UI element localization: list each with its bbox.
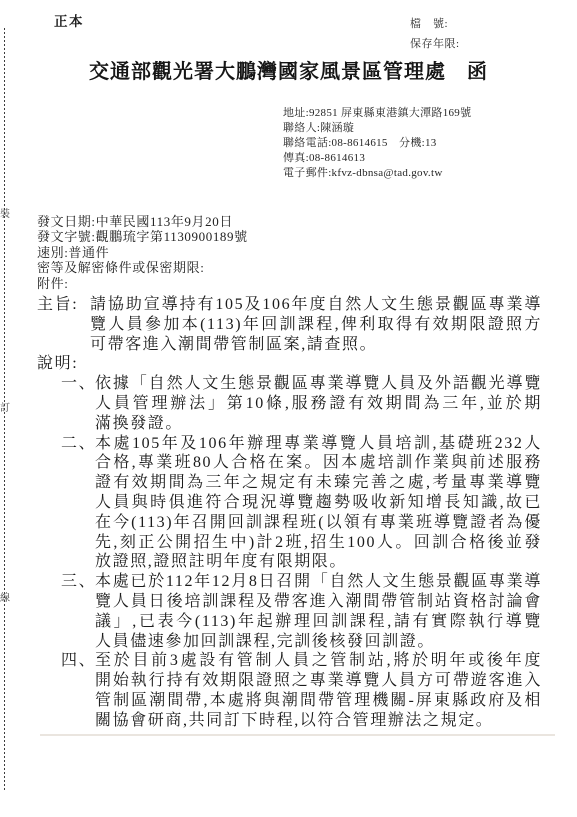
meta-line: 速別:普通件 bbox=[37, 245, 248, 260]
description-item: 一、依據「自然人文生態景觀區專業導覽人員及外語觀光導覽人員管理辦法」第10條,服… bbox=[37, 374, 542, 433]
text-line: 證有效期間為三年之規定有未臻完善之處,考量專業導覽 bbox=[95, 473, 542, 493]
text-line: 管制區潮間帶,本處將與潮間帶管理機關-屏東縣政府及相 bbox=[95, 691, 542, 711]
text-line: 依據「自然人文生態景觀區專業導覽人員及外語觀光導覽 bbox=[95, 374, 542, 394]
subject-line: 可帶客進入潮間帶管制區案,請查照。 bbox=[90, 335, 542, 355]
document-title: 交通部觀光署大鵬灣國家風景區管理處 函 bbox=[0, 55, 577, 84]
contact-line: 傳真:08-8614613 bbox=[283, 151, 471, 166]
meta-line: 密等及解密條件或保密期限: bbox=[37, 260, 248, 275]
text-line: 人員管理辦法」第10條,服務證有效期間為三年,並於期 bbox=[95, 394, 542, 414]
subject-label: 主旨: bbox=[37, 295, 78, 315]
subject-line: 請協助宣導持有105及106年度自然人文生態景觀區專業導 bbox=[90, 295, 542, 315]
text-line: 本處105年及106年辦理專業導覽人員培訓,基礎班232人 bbox=[95, 434, 542, 454]
text-line: 議」,已表今(113)年起辦理回訓課程,請有實際執行導覽 bbox=[95, 612, 542, 632]
description-item: 二、本處105年及106年辦理專業導覽人員培訓,基礎班232人合格,專業班80人… bbox=[37, 434, 542, 573]
text-line: 放證照,證照註明年度有限期限。 bbox=[95, 552, 542, 572]
item-lines: 依據「自然人文生態景觀區專業導覽人員及外語觀光導覽人員管理辦法」第10條,服務證… bbox=[95, 374, 542, 433]
subject-paragraph: 主旨: 請協助宣導持有105及106年度自然人文生態景觀區專業導覽人員參加本(1… bbox=[37, 295, 542, 354]
binding-mark-zhuang: 裝 bbox=[0, 209, 10, 221]
contact-line: 地址:92851 屏東縣東港鎮大潭路169號 bbox=[283, 106, 471, 121]
description-items: 一、依據「自然人文生態景觀區專業導覽人員及外語觀光導覽人員管理辦法」第10條,服… bbox=[37, 374, 542, 730]
subject-lines: 請協助宣導持有105及106年度自然人文生態景觀區專業導覽人員參加本(113)年… bbox=[90, 295, 542, 354]
contact-line: 聯絡電話:08-8614615 分機:13 bbox=[283, 136, 471, 151]
text-line: 人員與時俱進符合現況導覽趨勢吸收新知增長知識,故已 bbox=[95, 493, 542, 513]
text-line: 本處已於112年12月8日召開「自然人文生態景觀區專業導 bbox=[95, 572, 542, 592]
text-line: 滿換發證。 bbox=[95, 414, 542, 434]
binding-mark-xian: 線 bbox=[0, 593, 10, 605]
meta-line: 發文日期:中華民國113年9月20日 bbox=[37, 214, 248, 229]
dispatch-meta-block: 發文日期:中華民國113年9月20日發文字號:觀鵬琉字第1130900189號速… bbox=[37, 214, 248, 291]
contact-line: 聯絡人:陳涵璇 bbox=[283, 121, 471, 136]
scan-artifact-line bbox=[40, 734, 555, 736]
text-line: 人員儘速參加回訓課程,完訓後核發回訓證。 bbox=[95, 632, 542, 652]
text-line: 在今(113)年召開回訓課程班(以領有專業班導覽證者為優 bbox=[95, 513, 542, 533]
description-label: 說明: bbox=[37, 354, 542, 374]
item-number: 四、 bbox=[61, 651, 96, 671]
text-line: 先,刻正公開招生中)計2班,招生100人。回訓合格後並發 bbox=[95, 533, 542, 553]
text-line: 關協會研商,共同訂下時程,以符合管理辦法之規定。 bbox=[95, 711, 542, 731]
item-number: 三、 bbox=[61, 572, 96, 592]
retention-period-label: 保存年限: bbox=[410, 35, 460, 51]
contact-line: 電子郵件:kfvz-dbnsa@tad.gov.tw bbox=[283, 166, 471, 181]
file-number-label: 檔 號: bbox=[410, 15, 448, 31]
meta-line: 附件: bbox=[37, 276, 248, 291]
item-lines: 本處已於112年12月8日召開「自然人文生態景觀區專業導覽人員日後培訓課程及帶客… bbox=[95, 572, 542, 651]
text-line: 合格,專業班80人合格在案。因本處培訓作業與前述服務 bbox=[95, 453, 542, 473]
item-lines: 本處105年及106年辦理專業導覽人員培訓,基礎班232人合格,專業班80人合格… bbox=[95, 434, 542, 573]
description-item: 三、本處已於112年12月8日召開「自然人文生態景觀區專業導覽人員日後培訓課程及… bbox=[37, 572, 542, 651]
meta-line: 發文字號:觀鵬琉字第1130900189號 bbox=[37, 229, 248, 244]
item-number: 二、 bbox=[61, 434, 96, 454]
binding-mark-ding: 訂 bbox=[0, 403, 10, 415]
document-page: 裝 訂 線 正本 檔 號: 保存年限: 交通部觀光署大鵬灣國家風景區管理處 函 … bbox=[0, 0, 577, 817]
document-body: 主旨: 請協助宣導持有105及106年度自然人文生態景觀區專業導覽人員參加本(1… bbox=[37, 295, 542, 731]
copy-type-label: 正本 bbox=[54, 10, 84, 30]
text-line: 開始執行持有效期限證照之專業導覽人員方可帶遊客進入 bbox=[95, 671, 542, 691]
text-line: 至於目前3處設有管制人員之管制站,將於明年或後年度 bbox=[95, 651, 542, 671]
item-lines: 至於目前3處設有管制人員之管制站,將於明年或後年度開始執行持有效期限證照之專業導… bbox=[95, 651, 542, 730]
item-number: 一、 bbox=[61, 374, 96, 394]
text-line: 覽人員日後培訓課程及帶客進入潮間帶管制站資格討論會 bbox=[95, 592, 542, 612]
description-item: 四、至於目前3處設有管制人員之管制站,將於明年或後年度開始執行持有效期限證照之專… bbox=[37, 651, 542, 730]
subject-line: 覽人員參加本(113)年回訓課程,俾利取得有效期限證照方 bbox=[90, 315, 542, 335]
agency-contact-block: 地址:92851 屏東縣東港鎮大潭路169號聯絡人:陳涵璇聯絡電話:08-861… bbox=[283, 106, 471, 181]
